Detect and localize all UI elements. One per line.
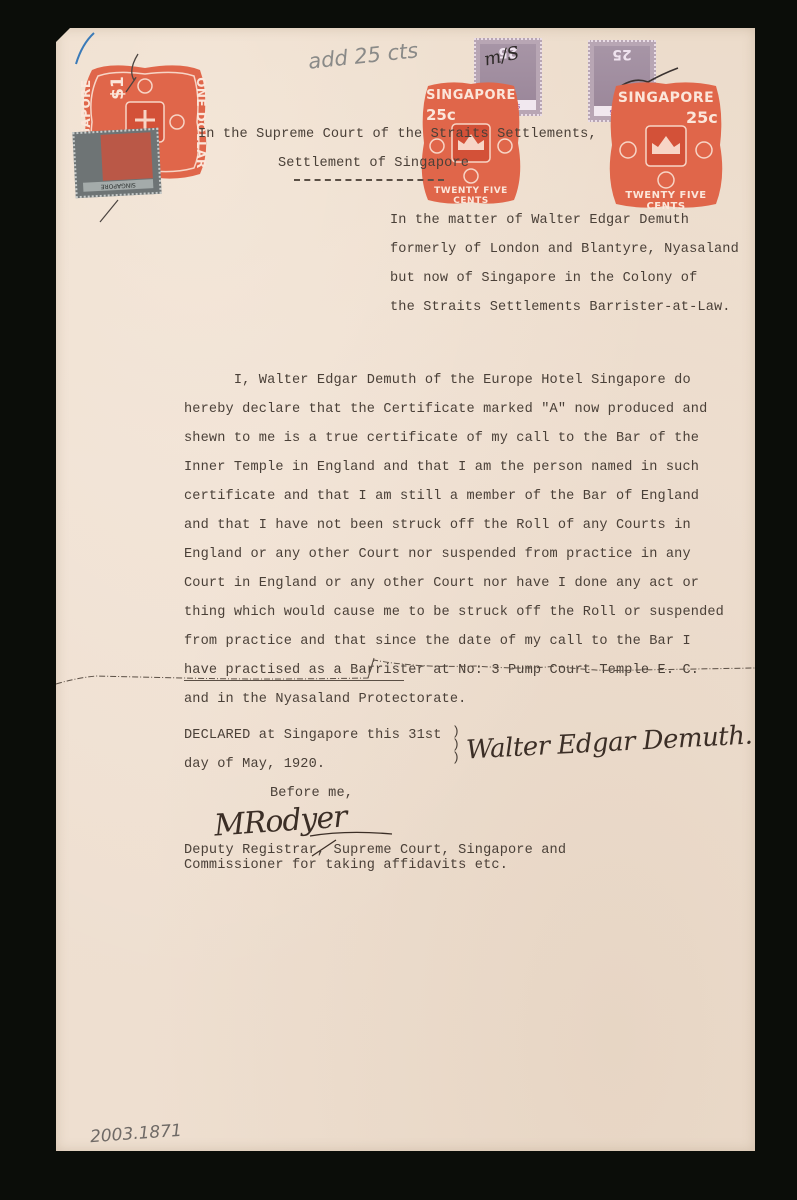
body-line: shewn to me is a true certificate of my … (184, 432, 699, 446)
stamp-value: 25c (426, 106, 456, 124)
body-line: and that I have not been struck off the … (184, 519, 691, 533)
pen-stroke-mark (96, 198, 126, 228)
revenue-stamp-25c-left: SINGAPORE 25c TWENTY FIVE CENTS (420, 80, 522, 206)
strikethrough-mark (184, 680, 404, 681)
body-line: and in the Nyasaland Protectorate. (184, 693, 466, 707)
matter-line: the Straits Settlements Barrister-at-Law… (390, 301, 731, 315)
body-line: Inner Temple in England and that I am th… (184, 461, 699, 475)
stamp-overlap (101, 132, 153, 181)
registrar-title-line2: Commissioner for taking affidavits etc. (184, 859, 508, 873)
accession-number: 2003.1871 (89, 1121, 182, 1147)
declared-line1: DECLARED at Singapore this 31st (184, 729, 442, 743)
heading-underline (294, 179, 444, 181)
body-line: hereby declare that the Certificate mark… (184, 403, 707, 417)
body-line: from practice and that since the date of… (184, 635, 691, 649)
body-line: Court in England or any other Court nor … (184, 577, 699, 591)
scan-background: add 25 cts SINGAPORE $1 ONE DOLLAR SINGA… (0, 0, 797, 1200)
paper-crease-line (56, 648, 755, 688)
pencil-note-top: add 25 cts (307, 38, 419, 73)
declaration-brace: ) ) ) (452, 725, 460, 764)
affidavit-document: add 25 cts SINGAPORE $1 ONE DOLLAR SINGA… (56, 28, 755, 1151)
stamp-country: SINGAPORE (420, 88, 522, 103)
before-me-label: Before me, (270, 787, 353, 801)
stamp-footer-text: SINGAPORE (83, 179, 153, 192)
registrar-title-line1: Deputy Registrar, Supreme Court, Singapo… (184, 844, 566, 858)
declarant-signature: Walter Edgar Demuth. (465, 721, 753, 766)
stamp-value: 25c (686, 108, 718, 127)
body-line: thing which would cause me to be struck … (184, 606, 724, 620)
matter-line: In the matter of Walter Edgar Demuth (390, 214, 689, 228)
body-line: certificate and that I am still a member… (184, 490, 699, 504)
body-line: I, Walter Edgar Demuth of the Europe Hot… (184, 374, 691, 388)
court-heading-line1: In the Supreme Court of the Straits Sett… (198, 128, 597, 142)
grey-postage-stamp: SINGAPORE (72, 128, 161, 198)
court-heading-line2: Settlement of Singapore (278, 157, 469, 171)
declared-line2: day of May, 1920. (184, 758, 325, 772)
stamp-denomination: ONE DOLLAR (194, 68, 208, 178)
pen-initial-mark (110, 50, 150, 100)
stamp-country: SINGAPORE (608, 90, 724, 106)
matter-line: but now of Singapore in the Colony of (390, 272, 697, 286)
stamp-denomination: TWENTY FIVE CENTS (608, 190, 724, 212)
body-line: England or any other Court nor suspended… (184, 548, 691, 562)
stamp-denomination: TWENTY FIVE CENTS (420, 186, 522, 206)
revenue-stamp-25c-right: SINGAPORE 25c TWENTY FIVE CENTS (608, 80, 724, 210)
matter-line: formerly of London and Blantyre, Nyasala… (390, 243, 739, 257)
